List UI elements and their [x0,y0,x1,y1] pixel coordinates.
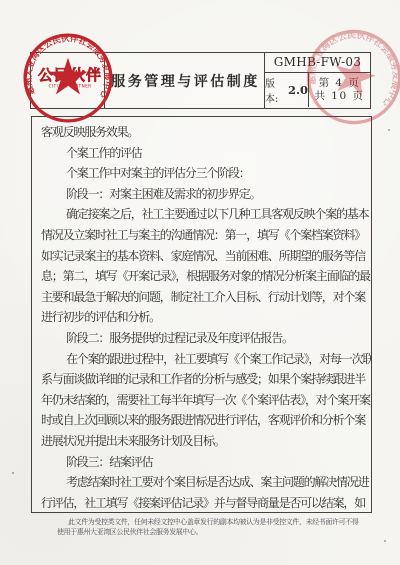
body-text-line: 在个案的跟进过程中，社工要填写《个案工作记录》，对每一次联 [41,349,365,370]
body-text-line: 息；第二，填写《开案记录》，根据服务对象的情况分析案主面临的最 [41,266,365,287]
document-body: 客观反映服务效果。 个案工作的评估 个案工作中对案主的评估分三个阶段： 阶段一：… [31,116,372,513]
body-text-line: 阶段二：服务提供的过程记录及年度评估报告。 [41,328,365,349]
body-text-line: 主要和最急于解决的问题，制定社工介入目标、行动计划等，对个案 [41,287,365,308]
seal-star-icon [330,51,380,99]
version-label: 版本: [265,75,286,105]
body-text-line: 个案工作中对案主的评估分三个阶段： [41,163,365,184]
scanned-document-page: 服务管理与评估制度 GMHB-FW-03 版本: 2.0 第 4 页 共 10 … [0,0,400,565]
footer-line-2: 使用于惠州大亚湾区公民伙伴社会服务发展中心。 [57,528,363,538]
body-text-line: 阶段三：结案评估 [41,452,365,473]
scan-speck [12,472,14,474]
body-text-line: 年仍未结案的，需要社工每半年填写一次《个案评估表》，对个案开案 [41,390,365,411]
body-text-line: 进展状况并提出未来服务计划及目标。 [41,431,365,452]
scan-speck [384,540,386,542]
body-text-line: 进行初步的评估和分析。 [41,307,365,328]
body-text-line: 时或自上次回顾以来的服务跟进情况进行评估，客观评价和分析个案 [41,410,365,431]
body-text-line: 系与面谈做详细的记录和工作者的分析与感受；如果个案持续跟进半 [41,369,365,390]
body-text-line: 如实记录案主的基本资料、家庭情况、当前困难、所期望的服务等信 [41,246,365,267]
footer-line-1: 此文件为受控类文件，任何未经文控中心盖章发行的副本均被认为是非受控文件，未经书面… [57,518,363,528]
body-text-line: 行评估，社工填写《接案评估记录》并与督导商量是否可以结案，如 [41,493,365,513]
organization-seal-stamp: 惠州大亚湾区公民伙伴社会服务发展中心 [20,30,116,126]
body-text-line: 情况及立案时社工与案主的沟通情况：第一，填写《个案档案资料》 [41,225,365,246]
document-title: 服务管理与评估制度 [104,53,266,108]
body-text-line: 考虑结案时社工要对个案目标是否达成、案主问题的解决情况进 [41,472,365,493]
body-text-line: 阶段一：对案主困难及需求的初步界定。 [41,184,365,205]
footer-note: 此文件为受控类文件，任何未经文控中心盖章发行的副本均被认为是非受控文件，未经书面… [57,518,363,537]
svg-text:惠州大亚湾区公民伙伴社会服务发展中心: 惠州大亚湾区公民伙伴社会服务发展中心 [301,18,400,111]
seal-star-icon [49,58,88,95]
body-text-line: 确定接案之后，社工主要通过以下几种工具客观反映个案的基本 [41,204,365,225]
body-text-line: 个案工作的评估 [41,143,365,164]
seal-ring-text: 惠州大亚湾区公民伙伴社会服务发展中心 [301,18,400,111]
